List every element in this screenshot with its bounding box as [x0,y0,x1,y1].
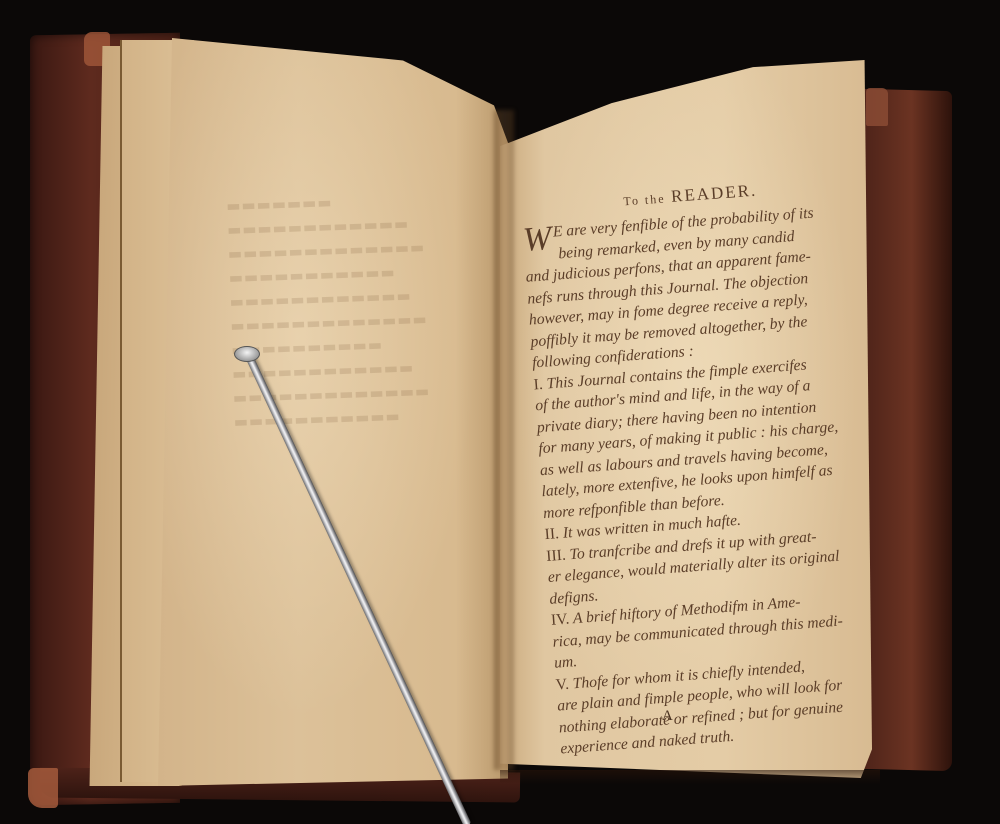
book-photo: ▬▬▬▬▬▬▬▬▬▬▬▬▬▬▬▬▬▬▬▬▬▬▬▬▬▬▬▬▬▬▬▬▬▬▬▬▬▬▬▬… [0,0,1000,824]
drop-cap: W [522,224,552,256]
worn-corner-right [866,88,888,126]
point-1: I. This Journal contains the fimple exer… [533,351,863,525]
intro-text: E are very fenfible of the probability o… [522,200,852,374]
book-gutter [494,110,514,770]
signature-mark: A [662,708,673,725]
numeral-4: IV. [550,611,570,629]
metal-pointer-head [234,346,260,362]
worn-corner-bottom-left [28,768,58,808]
point-1-text: This Journal contains the fimple exercif… [535,356,839,522]
heading-prefix: To the [623,191,666,208]
page-shadow [500,770,880,784]
numeral-3: III. [546,546,567,564]
to-the-reader-text: To the READER. W E are very fenfible of … [520,175,880,760]
left-page-bleed-through: ▬▬▬▬▬▬▬▬▬▬▬▬▬▬▬▬▬▬▬▬▬▬▬▬▬▬▬▬▬▬▬▬▬▬▬▬▬▬▬▬… [226,186,464,434]
intro-paragraph: W E are very fenfible of the probability… [522,200,852,374]
